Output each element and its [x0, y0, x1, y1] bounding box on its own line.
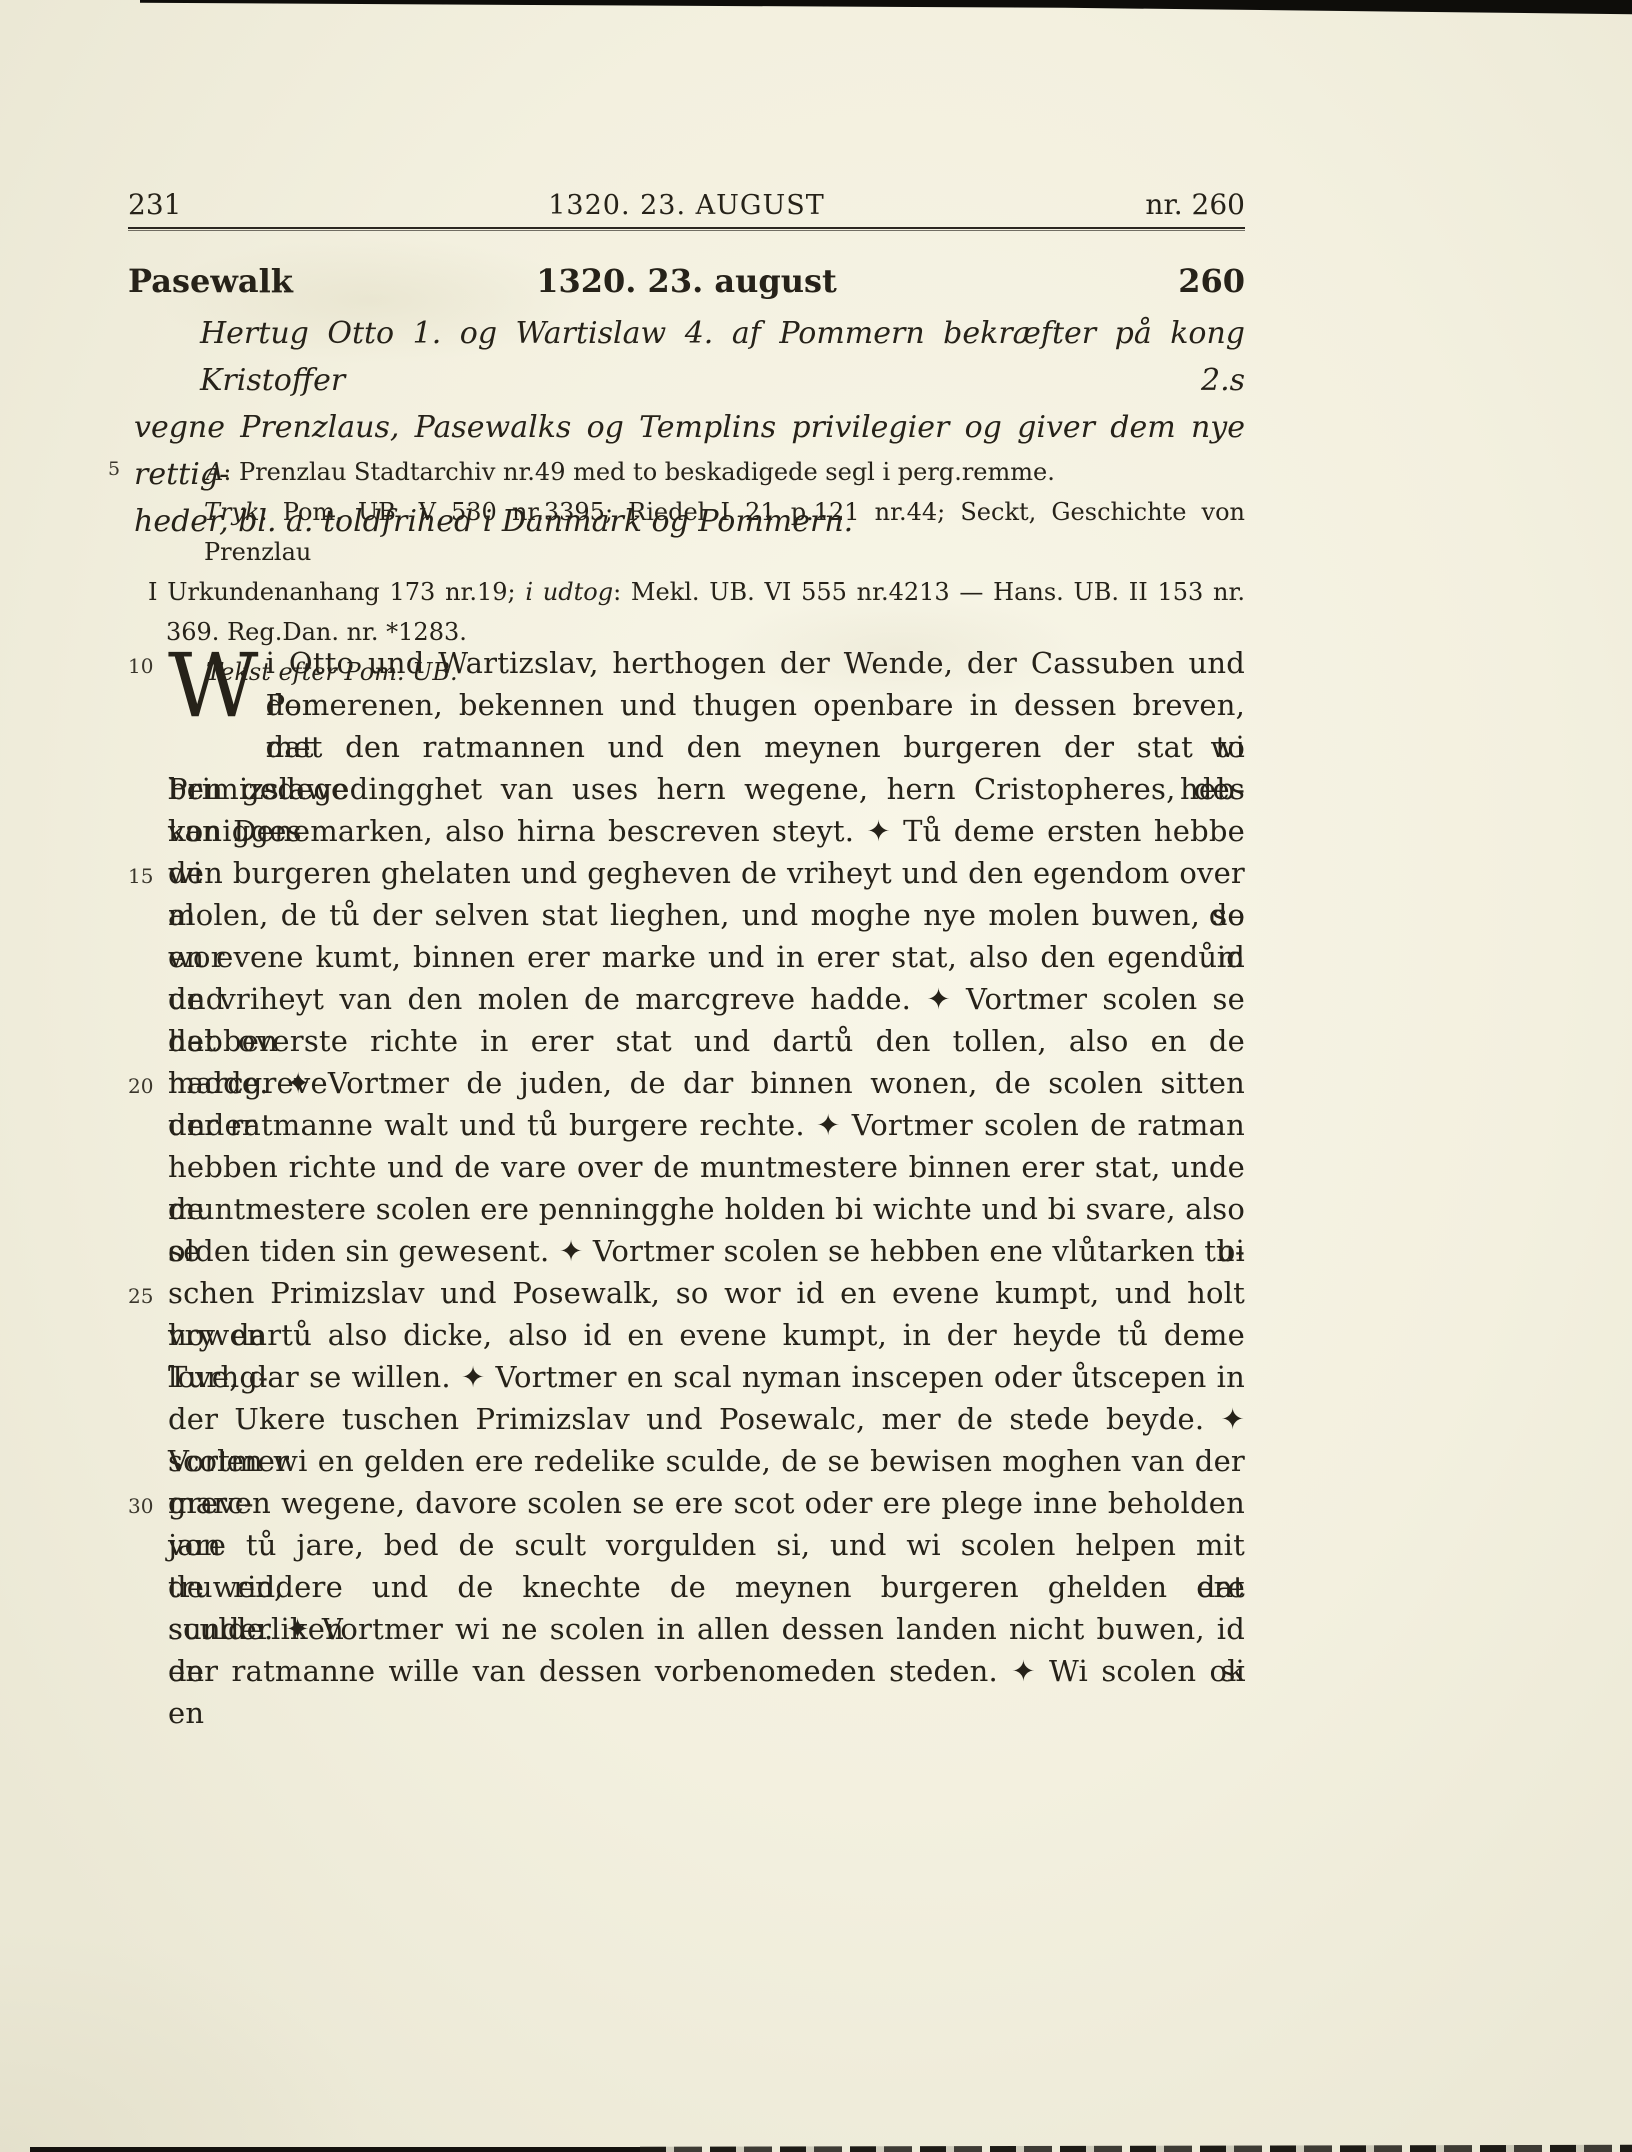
- text-line: olden tiden sin gewesent. ✦ Vortmer scol…: [168, 1230, 1245, 1272]
- scanned-book-page: 231 1320. 23. AUGUST nr. 260 Pasewalk 13…: [0, 0, 1632, 2152]
- text-line: van Denemarken, also hirna bescreven ste…: [168, 810, 1245, 852]
- text-line: en evene kumt, binnen erer marke und in …: [168, 936, 1245, 978]
- page-number: 231: [128, 188, 348, 221]
- document-title-row: Pasewalk 1320. 23. august 260: [128, 262, 1245, 300]
- scan-artifact-bottom-right: [640, 2144, 1632, 2152]
- margin-line-number: 30: [128, 1494, 168, 1518]
- apparatus-line: I Urkundenanhang 173 nr.19; i udtog: Mek…: [128, 572, 1245, 612]
- text-line: molen, de tů der selven stat lieghen, un…: [168, 894, 1245, 936]
- text-line: jare tů jare, bed de scult vorgulden si,…: [168, 1524, 1245, 1566]
- summary-line: Hertug Otto 1. og Wartislaw 4. af Pommer…: [134, 310, 1245, 404]
- text-line: vry dartů also dicke, also id en evene k…: [168, 1314, 1245, 1356]
- text-line: muntmestere scolen ere penningghe holden…: [168, 1188, 1245, 1230]
- scan-artifact-bottom-left: [30, 2147, 640, 2152]
- apparatus-line: A: Prenzlau Stadtarchiv nr.49 med to bes…: [128, 452, 1245, 492]
- document-number: 260: [985, 262, 1245, 300]
- text-line: den burgeren ghelaten und gegheven de vr…: [168, 852, 1245, 894]
- text-line: der Ukere tuschen Primizslav und Posewal…: [168, 1398, 1245, 1440]
- apparatus-label: Tryk: [204, 498, 260, 526]
- text-line: Pomerenen, bekennen und thugen openbare …: [168, 684, 1245, 726]
- document-place: Pasewalk: [128, 262, 388, 300]
- text-line: sculde. ✦ Vortmer wi ne scolen in allen …: [168, 1608, 1245, 1650]
- text-line: i Otto und Wartizslav, herthogen der Wen…: [168, 642, 1245, 684]
- running-title-date: 1320. 23. AUGUST: [348, 190, 1025, 221]
- text-line: de riddere und de knechte de meynen burg…: [168, 1566, 1245, 1608]
- header-rule: [128, 227, 1245, 232]
- text-line: ben gedegedingghet van uses hern wegene,…: [168, 768, 1245, 810]
- text-line: dat overste richte in erer stat und dart…: [168, 1020, 1245, 1062]
- drop-cap-initial: W: [168, 644, 259, 728]
- charter-text: W i Otto und Wartizslav, herthogen der W…: [168, 642, 1245, 1692]
- text-line: greven wegene, davore scolen se ere scot…: [168, 1482, 1245, 1524]
- text-line: met den ratmannen und den meynen burgere…: [168, 726, 1245, 768]
- document-date: 1320. 23. august: [388, 262, 985, 300]
- running-header: 231 1320. 23. AUGUST nr. 260: [128, 188, 1245, 221]
- margin-line-number: 10: [128, 654, 168, 678]
- text-line: love, dar se willen. ✦ Vortmer en scal n…: [168, 1356, 1245, 1398]
- document-number-ref: nr. 260: [1025, 188, 1245, 221]
- text-line: scolen wi en gelden ere redelike sculde,…: [168, 1440, 1245, 1482]
- margin-line-number: 25: [128, 1284, 168, 1308]
- margin-line-number: 20: [128, 1074, 168, 1098]
- text-line: hebben richte und de vare over de muntme…: [168, 1146, 1245, 1188]
- apparatus-siglum: A: [206, 458, 223, 486]
- text-line: der ratmanne walt und tů burgere rechte.…: [168, 1104, 1245, 1146]
- text-line: hadde. ✦ Vortmer de juden, de dar binnen…: [168, 1062, 1245, 1104]
- text-line: schen Primizslav und Posewalk, so wor id…: [168, 1272, 1245, 1314]
- apparatus-line: Tryk: Pom. UB. V 530 nr.3395; Riedel I 2…: [128, 492, 1245, 572]
- margin-line-number: 15: [128, 864, 168, 888]
- apparatus-label: i udtog: [525, 578, 613, 606]
- text-line: der ratmanne wille van dessen vorbenomed…: [168, 1650, 1245, 1692]
- scan-artifact-top-edge: [140, 0, 1632, 15]
- text-line: de vriheyt van den molen de marcgreve ha…: [168, 978, 1245, 1020]
